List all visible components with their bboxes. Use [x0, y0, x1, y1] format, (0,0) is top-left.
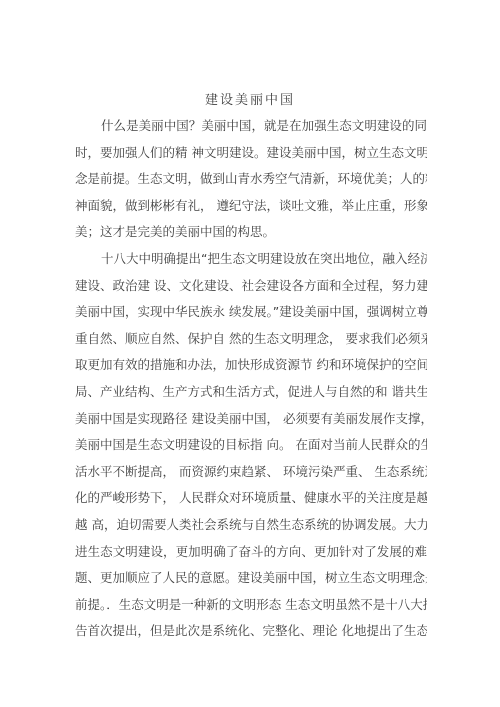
text-line: 前提。．生态文明是一种新的文明形态 生态文明虽然不是十八大报	[75, 592, 427, 619]
document-page: 建设美丽中国 什么是美丽中国？美丽中国，就是在加强生态文明建设的同 时，要加强人…	[0, 0, 500, 707]
text-line: 建设、政治建 设、文化建设、社会建设各方面和全过程，努力建设	[75, 273, 427, 300]
text-line: 进生态文明建设，更加明确了奋斗的方向、更加针对了发展的难	[75, 539, 427, 566]
text-line: 时，要加强人们的精 神文明建设。建设美丽中国，树立生态文明理	[75, 140, 427, 167]
text-line: 念是前提。生态文明，做到山青水秀空气清新，环境优美；人的精	[75, 166, 427, 193]
document-title: 建设美丽中国	[0, 89, 500, 108]
text-line: 化的严峻形势下， 人民群众对环境质量、健康水平的关注度是越来	[75, 485, 427, 512]
text-line: 取更加有效的措施和办法，加快形成资源节 约和环境保护的空间格	[75, 352, 427, 379]
text-line: 美丽中国，实现中华民族永 续发展。”建设美丽中国，强调树立尊	[75, 299, 427, 326]
text-line: 美丽中国是实现路径 建设美丽中国， 必须要有美丽发展作支撑，	[75, 406, 427, 433]
text-line: 重自然、顺应自然、保护自 然的生态文明理念， 要求我们必须采	[75, 326, 427, 353]
text-line: 十八大中明确提出“把生态文明建设放在突出地位，融入经济	[75, 246, 427, 273]
text-line: 局、产业结构、生产方式和生活方式，促进人与自然的和 谐共生。	[75, 379, 427, 406]
text-line: 活水平不断提高， 而资源约束趋紧、 环境污染严重、 生态系统退	[75, 459, 427, 486]
text-line: 什么是美丽中国？美丽中国，就是在加强生态文明建设的同	[75, 113, 427, 140]
text-line: 告首次提出，但是此次是系统化、完整化、理论 化地提出了生态文	[75, 618, 427, 645]
document-body: 什么是美丽中国？美丽中国，就是在加强生态文明建设的同 时，要加强人们的精 神文明…	[75, 113, 427, 645]
text-line: 越 高，迫切需要人类社会系统与自然生态系统的协调发展。大力推	[75, 512, 427, 539]
text-line: 美；这才是完美的美丽中国的构思。	[75, 219, 427, 246]
text-line: 题、更加顺应了人民的意愿。建设美丽中国，树立生态文明理念是	[75, 565, 427, 592]
text-line: 神面貌，做到彬彬有礼， 遵纪守法，谈吐文雅，举止庄重，形象优	[75, 193, 427, 220]
text-line: 美丽中国是生态文明建设的目标指 向。 在面对当前人民群众的生	[75, 432, 427, 459]
